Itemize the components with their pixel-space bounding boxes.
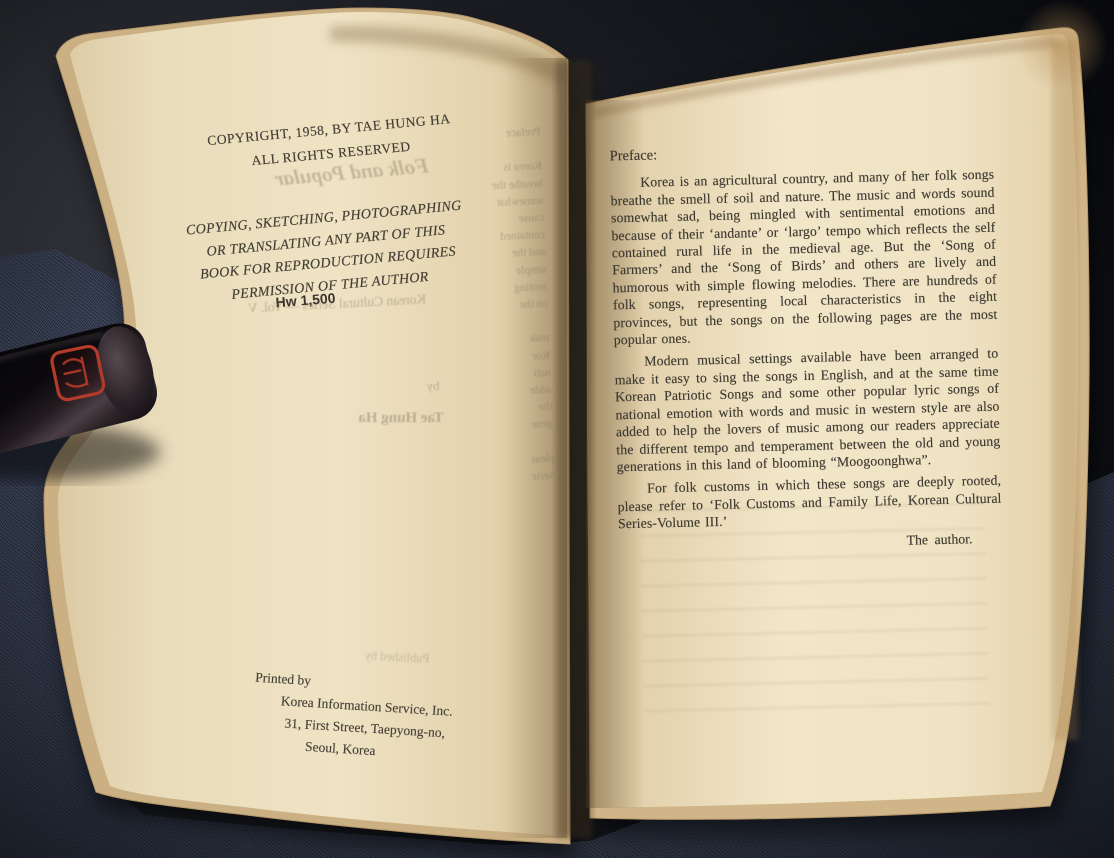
right-edge-browning: [1052, 40, 1078, 740]
printer-imprint: Printed by Korea Information Service, In…: [223, 665, 528, 771]
photo-scene: Folk and Popular Korean Cultural Series …: [0, 0, 1114, 858]
showthrough-gutter-column: Preface Korea is breathe the somewhat ca…: [440, 124, 556, 489]
preface-block: Preface: Korea is an agricultural countr…: [609, 136, 1002, 556]
showthrough-contents-lines: [640, 502, 990, 725]
gutter-crease: [556, 60, 592, 838]
seal-stamp: [0, 317, 164, 480]
preface-paragraph-1: Korea is an agricultural country, and ma…: [610, 166, 998, 349]
preface-paragraph-2: Modern musical settings available have b…: [614, 345, 1001, 476]
seal-red-mark: [50, 345, 105, 402]
